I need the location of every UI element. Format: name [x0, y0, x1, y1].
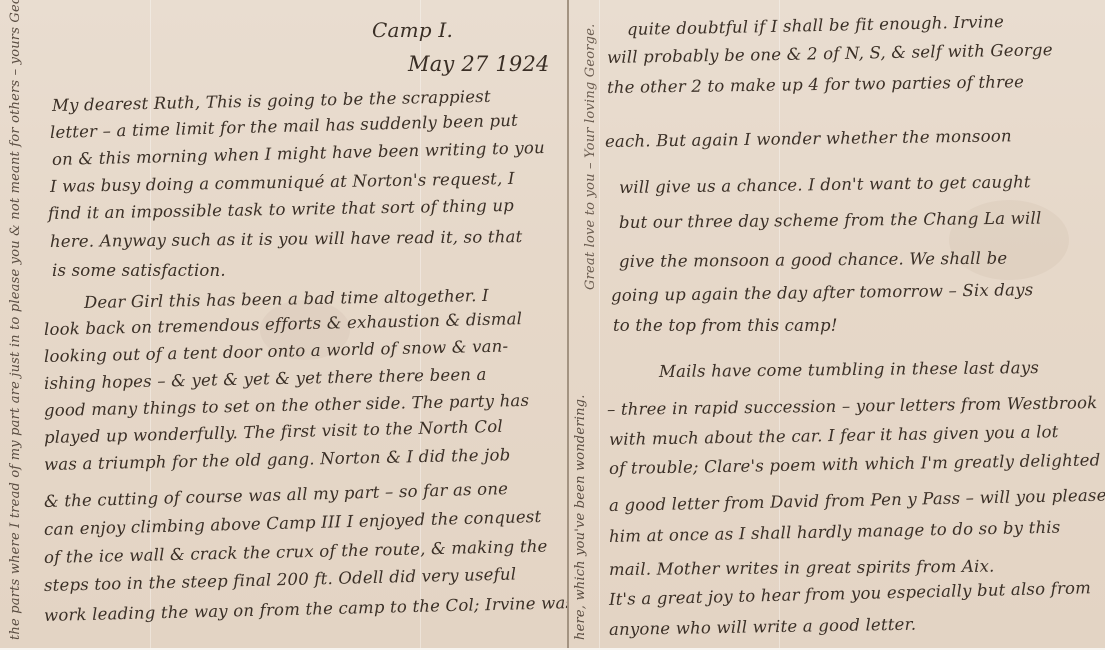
letter-line: It's a great joy to hear from you especi… — [609, 578, 1092, 610]
letter-line: is some satisfaction. — [52, 261, 226, 281]
margin-note-left: the parts where I tread of my part are j… — [8, 0, 23, 640]
letter-spread: Camp I. May 27 1924 My dearest Ruth, Thi… — [0, 0, 1105, 648]
letter-line: I was busy doing a communiqué at Norton'… — [50, 169, 515, 197]
letter-line: letter – a time limit for the mail has s… — [50, 111, 518, 143]
margin-note-right-signoff: Great love to you – Your loving George. — [583, 24, 598, 290]
letter-line: good many things to set on the other sid… — [44, 391, 530, 421]
letter-line: a good letter from David from Pen y Pass… — [609, 484, 1105, 516]
letter-line: on & this morning when I might have been… — [52, 138, 545, 170]
letter-line: anyone who will write a good letter. — [609, 615, 917, 640]
letter-line: each. But again I wonder whether the mon… — [605, 126, 1012, 152]
letter-date: May 27 1924 — [408, 52, 550, 76]
letter-location: Camp I. — [372, 18, 453, 42]
letter-line: played up wonderfully. The first visit t… — [44, 417, 503, 448]
margin-note-right-bottom: here, which you've been wondering. — [573, 394, 588, 640]
letter-line: of trouble; Clare's poem with which I'm … — [609, 450, 1101, 479]
letter-page-left: Camp I. May 27 1924 My dearest Ruth, Thi… — [0, 0, 567, 648]
letter-line: was a triumph for the old gang. Norton &… — [44, 445, 511, 475]
letter-line: going up again the day after tomorrow – … — [611, 280, 1034, 306]
letter-line: will give us a chance. I don't want to g… — [619, 172, 1031, 198]
letter-line: with much about the car. I fear it has g… — [609, 422, 1059, 450]
letter-line: & the cutting of course was all my part … — [44, 479, 509, 512]
letter-line: the other 2 to make up 4 for two parties… — [607, 72, 1024, 98]
letter-line: will probably be one & 2 of N, S, & self… — [607, 40, 1053, 68]
letter-line: work leading the way on from the camp to… — [44, 593, 567, 626]
letter-line: can enjoy climbing above Camp III I enjo… — [44, 507, 542, 540]
letter-line: give the monsoon a good chance. We shall… — [619, 249, 1007, 272]
letter-line: mail. Mother writes in great spirits fro… — [609, 557, 995, 580]
letter-page-right: quite doubtful if I shall be fit enough.… — [569, 0, 1105, 648]
letter-line: quite doubtful if I shall be fit enough.… — [627, 12, 1004, 40]
paper-fold — [599, 0, 600, 648]
letter-line: – three in rapid succession – your lette… — [607, 393, 1098, 420]
letter-line: Mails have come tumbling in these last d… — [659, 358, 1039, 382]
letter-line: here. Anyway such as it is you will have… — [50, 227, 523, 252]
letter-line: of the ice wall & crack the crux of the … — [44, 537, 548, 568]
letter-line: Dear Girl this has been a bad time altog… — [84, 286, 489, 313]
letter-line: find it an impossible task to write that… — [48, 196, 514, 224]
letter-line: him at once as I shall hardly manage to … — [609, 518, 1061, 547]
letter-line: to the top from this camp! — [613, 316, 838, 336]
letter-line: My dearest Ruth, This is going to be the… — [52, 87, 491, 116]
letter-line: steps too in the steep final 200 ft. Ode… — [44, 564, 517, 596]
letter-line: looking out of a tent door onto a world … — [44, 336, 509, 367]
